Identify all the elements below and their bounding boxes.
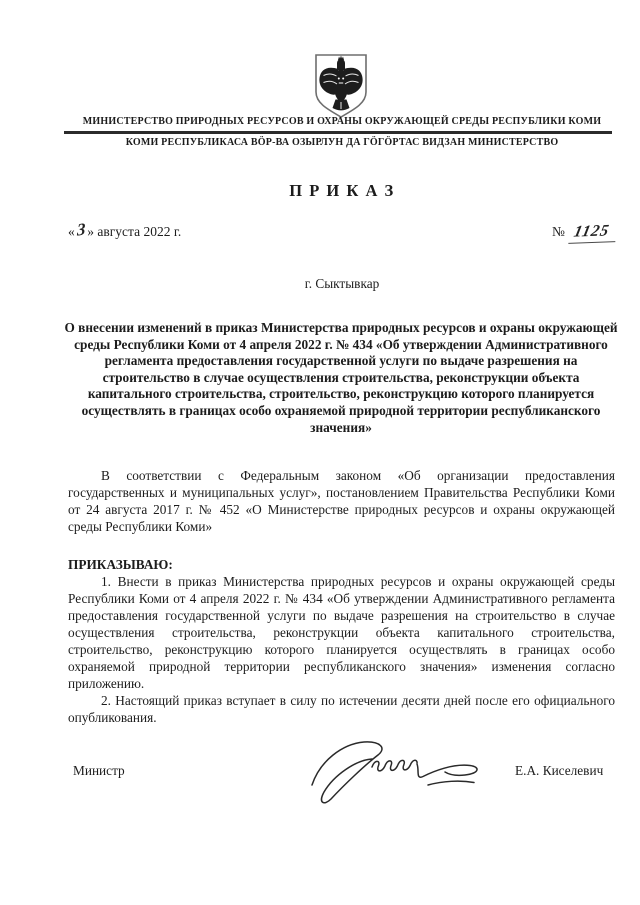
order-body-text: В соответствии с Федеральным законом «Об… <box>68 467 615 726</box>
preamble-paragraph: В соответствии с Федеральным законом «Об… <box>68 467 615 535</box>
signatory-position: Министр <box>73 763 125 779</box>
handwritten-day: 3 <box>77 219 85 240</box>
handwritten-number: 1125 <box>572 222 611 241</box>
decree-word: ПРИКАЗЫВАЮ: <box>68 556 615 573</box>
order-title: П Р И К А З <box>42 181 640 201</box>
order-date: «3» августа 2022 г. <box>68 221 181 241</box>
order-item-2: 2. Настоящий приказ вступает в силу по и… <box>68 692 615 726</box>
signatory-name: Е.А. Киселевич <box>515 763 603 779</box>
city-line: г. Сыктывкар <box>42 276 640 292</box>
header-divider-line <box>64 131 612 134</box>
handwritten-signature-icon <box>306 733 502 808</box>
order-subject: О внесении изменений в приказ Министерст… <box>64 320 618 436</box>
order-number: №1125 <box>552 223 615 243</box>
ministry-name-komi: КОМИ РЕСПУБЛИКАСА ВÖР-ВА ОЗЫРЛУН ДА ГÖГÖ… <box>42 137 640 148</box>
handwritten-number-underline: 1125 <box>568 222 616 244</box>
number-sign-label: № <box>552 224 565 239</box>
date-month-year: » августа 2022 г. <box>87 224 181 239</box>
document-page: МИНИСТЕРСТВО ПРИРОДНЫХ РЕСУРСОВ И ОХРАНЫ… <box>0 0 640 905</box>
date-number-row: «3» августа 2022 г. №1125 <box>68 221 615 243</box>
date-open-quote: « <box>68 224 75 239</box>
komi-coat-of-arms-icon <box>312 52 370 120</box>
ministry-name-russian: МИНИСТЕРСТВО ПРИРОДНЫХ РЕСУРСОВ И ОХРАНЫ… <box>42 116 640 127</box>
order-item-1: 1. Внести в приказ Министерства природны… <box>68 573 615 692</box>
